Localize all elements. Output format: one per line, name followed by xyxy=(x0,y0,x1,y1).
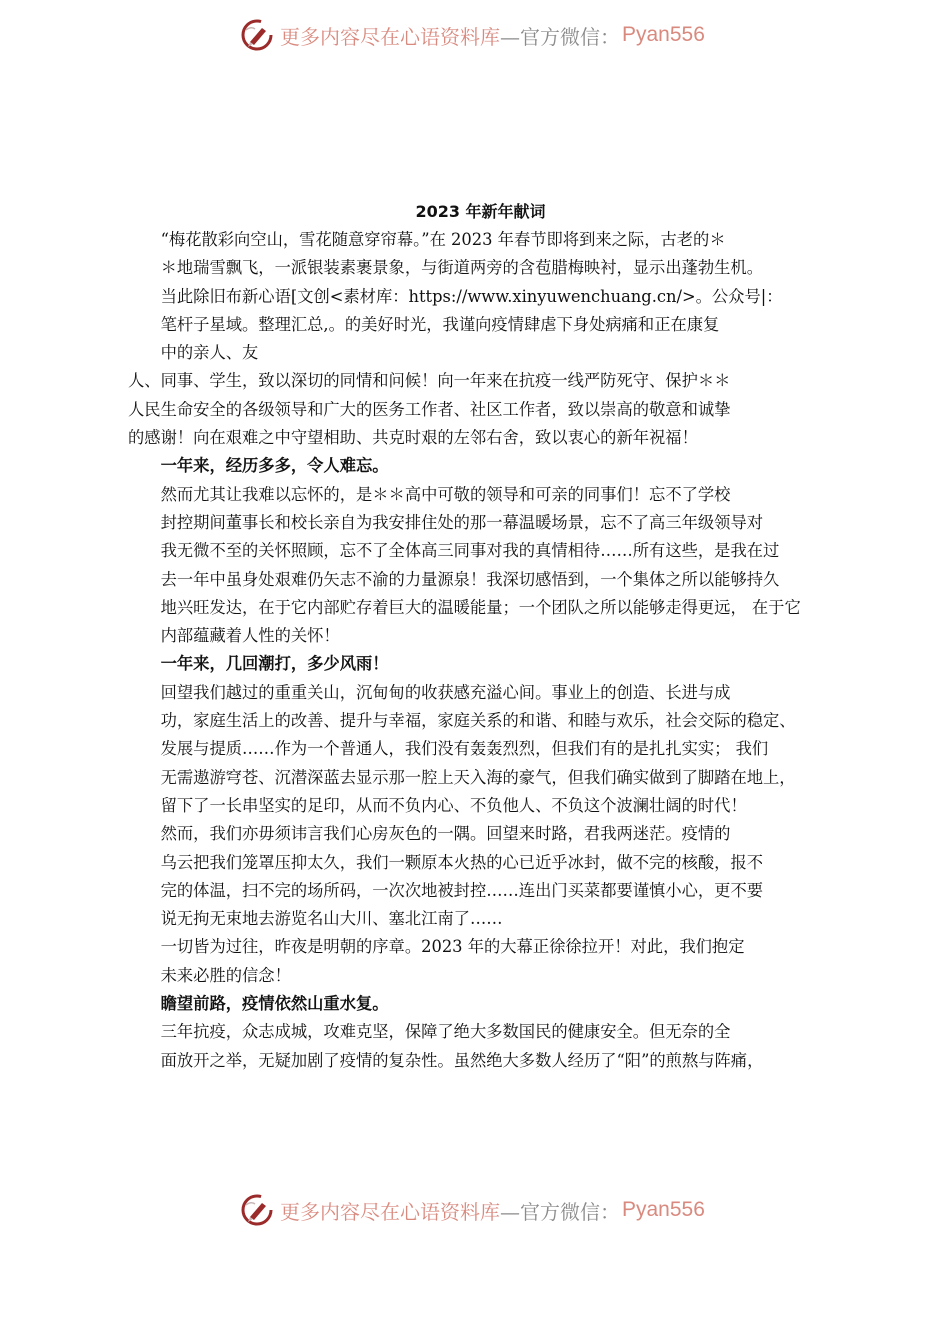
text-line: 完的体温，扫不完的场所码，一次次地被封控……连出门买菜都要谨慎小心，更不要 xyxy=(128,877,833,905)
document-body: 2023 年新年献词 “梅花散彩向空山，雪花随意穿帘幕。”在 2023 年春节即… xyxy=(128,198,833,1075)
paragraph: “梅花散彩向空山，雪花随意穿帘幕。”在 2023 年春节即将到来之际，古老的＊＊… xyxy=(128,226,833,283)
text-line: ＊地瑞雪飘飞，一派银装素裹景象，与街道两旁的含苞腊梅映衬，显示出蓬勃生机。 xyxy=(128,254,833,282)
text-line: 三年抗疫，众志成城，攻难克坚，保障了绝大多数国民的健康安全。但无奈的全 xyxy=(128,1018,833,1046)
banner-slogan: 更多内容尽在心语资料库 xyxy=(280,1196,500,1225)
section-heading: 一年来，经历多多，令人难忘。 xyxy=(128,452,833,480)
paragraph: 一切皆为过往，昨夜是明朝的序章。2023 年的大幕正徐徐拉开！对此，我们抱定未来… xyxy=(128,933,833,990)
text-line: 然而，我们亦毋须讳言我们心房灰色的一隅。回望来时路，君我两迷茫。疫情的 xyxy=(128,820,833,848)
quill-pen-logo-icon xyxy=(240,18,274,52)
footer-watermark-banner: 更多内容尽在心语资料库 —官方微信： Pyan556 xyxy=(240,1190,705,1230)
paragraph: 然而尤其让我难以忘怀的，是＊＊高中可敬的领导和可亲的同事们！忘不了学校封控期间董… xyxy=(128,481,833,651)
paragraph-list: “梅花散彩向空山，雪花随意穿帘幕。”在 2023 年春节即将到来之际，古老的＊＊… xyxy=(128,226,833,1075)
text-line: 乌云把我们笼罩压抑太久，我们一颗原本火热的心已近乎冰封，做不完的核酸，报不 xyxy=(128,849,833,877)
text-line: 笔杆子星域。整理汇总,。的美好时光，我谨向疫情肆虐下身处病痛和正在康复 xyxy=(161,311,833,339)
text-line: 发展与提质……作为一个普通人，我们没有轰轰烈烈，但我们有的是扎扎实实； 我们 xyxy=(128,735,833,763)
text-line: 人民生命安全的各级领导和广大的医务工作者、社区工作者，致以崇高的敬意和诚挚 xyxy=(128,396,833,424)
banner-wechat-id: Pyan556 xyxy=(622,1198,705,1222)
text-line: 回望我们越过的重重关山，沉甸甸的收获感充溢心间。事业上的创造、长进与成 xyxy=(128,679,833,707)
text-line: 然而尤其让我难以忘怀的，是＊＊高中可敬的领导和可亲的同事们！忘不了学校 xyxy=(128,481,833,509)
text-line: 留下了一长串坚实的足印，从而不负内心、不负他人、不负这个波澜壮阔的时代！ xyxy=(128,792,833,820)
text-line: 一年来，几回潮打，多少风雨！ xyxy=(128,650,833,678)
text-line: 去一年中虽身处艰难仍矢志不渝的力量源泉！我深切感悟到，一个集体之所以能够持久 xyxy=(128,566,833,594)
banner-wechat-label: —官方微信： xyxy=(500,1196,620,1225)
paragraph: 三年抗疫，众志成城，攻难克坚，保障了绝大多数国民的健康安全。但无奈的全面放开之举… xyxy=(128,1018,833,1075)
quill-pen-logo-icon xyxy=(240,1193,274,1227)
document-title: 2023 年新年献词 xyxy=(128,198,833,226)
text-line: 瞻望前路，疫情依然山重水复。 xyxy=(128,990,833,1018)
paragraph: 然而，我们亦毋须讳言我们心房灰色的一隅。回望来时路，君我两迷茫。疫情的乌云把我们… xyxy=(128,820,833,933)
text-line: 未来必胜的信念！ xyxy=(128,962,833,990)
text-line: 中的亲人、友 xyxy=(161,339,833,367)
text-line: 一年来，经历多多，令人难忘。 xyxy=(128,452,833,480)
text-line: 人、同事、学生，致以深切的同情和问候！向一年来在抗疫一线严防死守、保护＊＊ xyxy=(128,367,833,395)
text-line: 封控期间董事长和校长亲自为我安排住处的那一幕温暖场景，忘不了高三年级领导对 xyxy=(128,509,833,537)
text-line: 我无微不至的关怀照顾，忘不了全体高三同事对我的真情相待……所有这些，是我在过 xyxy=(128,537,833,565)
text-line: 无需遨游穹苍、沉潜深蓝去显示那一腔上天入海的豪气，但我们确实做到了脚踏在地上， xyxy=(128,764,833,792)
text-line: 当此除旧布新心语[文创<素材库：https://www.xinyuwenchua… xyxy=(161,283,833,311)
text-line: 功，家庭生活上的改善、提升与幸福，家庭关系的和谐、和睦与欢乐，社会交际的稳定、 xyxy=(128,707,833,735)
banner-slogan: 更多内容尽在心语资料库 xyxy=(280,21,500,50)
text-line: 地兴旺发达，在于它内部贮存着巨大的温暖能量；一个团队之所以能够走得更远， 在于它 xyxy=(128,594,833,622)
paragraph: 当此除旧布新心语[文创<素材库：https://www.xinyuwenchua… xyxy=(128,283,833,368)
section-heading: 瞻望前路，疫情依然山重水复。 xyxy=(128,990,833,1018)
section-heading: 一年来，几回潮打，多少风雨！ xyxy=(128,650,833,678)
paragraph: 人、同事、学生，致以深切的同情和问候！向一年来在抗疫一线严防死守、保护＊＊人民生… xyxy=(128,367,833,452)
paragraph: 回望我们越过的重重关山，沉甸甸的收获感充溢心间。事业上的创造、长进与成功，家庭生… xyxy=(128,679,833,820)
header-watermark-banner: 更多内容尽在心语资料库 —官方微信： Pyan556 xyxy=(240,15,705,55)
banner-wechat-id: Pyan556 xyxy=(622,23,705,47)
text-line: 说无拘无束地去游览名山大川、塞北江南了…… xyxy=(128,905,833,933)
text-line: 的感谢！向在艰难之中守望相助、共克时艰的左邻右舍，致以衷心的新年祝福！ xyxy=(128,424,833,452)
text-line: 一切皆为过往，昨夜是明朝的序章。2023 年的大幕正徐徐拉开！对此，我们抱定 xyxy=(128,933,833,961)
text-line: “梅花散彩向空山，雪花随意穿帘幕。”在 2023 年春节即将到来之际，古老的＊ xyxy=(128,226,833,254)
text-line: 面放开之举，无疑加剧了疫情的复杂性。虽然绝大多数人经历了“阳”的煎熬与阵痛， xyxy=(128,1047,833,1075)
text-line: 内部蕴藏着人性的关怀！ xyxy=(128,622,833,650)
banner-wechat-label: —官方微信： xyxy=(500,21,620,50)
